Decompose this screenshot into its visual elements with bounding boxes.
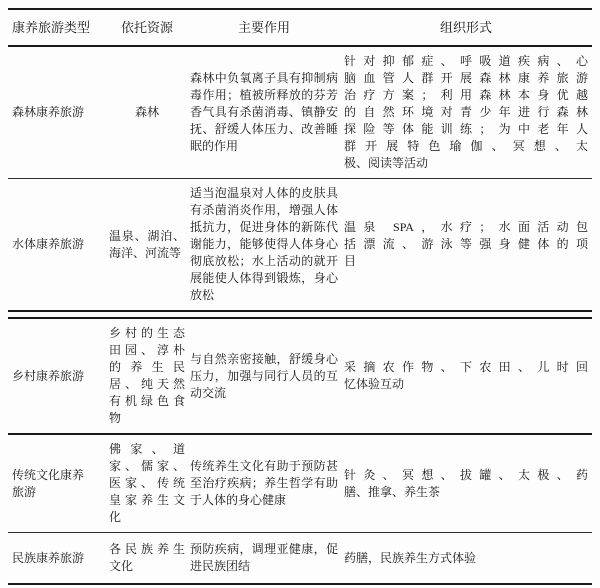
cell-type: 森林康养旅游 bbox=[8, 46, 106, 179]
cell-type: 水体康养旅游 bbox=[8, 179, 106, 312]
cell-effect: 适当泡温泉对人体的皮肤具有杀菌消炎作用，增强人体抵抗力，促进身体的新陈代谢能力，… bbox=[188, 179, 340, 312]
cell-resource: 温泉、湖泊、海洋、河流等 bbox=[106, 179, 188, 312]
row-ethnic-tourism: 民族康养旅游 各民族养生文化 预防疾病，调理亚健康，促进民族团结 药膳，民族养生… bbox=[8, 533, 592, 585]
cell-type: 民族康养旅游 bbox=[8, 533, 106, 585]
table-part-1: 康养旅游类型 依托资源 主要作用 组织形式 森林康养旅游 森林 森林中负氧离子具… bbox=[8, 8, 592, 312]
cell-resource: 各民族养生文化 bbox=[106, 533, 188, 585]
cell-effect: 与自然亲密接触，舒缓身心压力，加强与同行人员的互动交流 bbox=[188, 318, 340, 434]
cell-resource: 乡村的生态田园、淳朴的养生民居、纯天然有机绿色食物 bbox=[106, 318, 188, 434]
cell-type: 乡村康养旅游 bbox=[8, 318, 106, 434]
cell-type: 传统文化康养旅游 bbox=[8, 434, 106, 533]
wellness-tourism-table: 康养旅游类型 依托资源 主要作用 组织形式 森林康养旅游 森林 森林中负氧离子具… bbox=[8, 8, 592, 585]
header-cell-resource: 依托资源 bbox=[106, 9, 188, 46]
cell-resource: 森林 bbox=[106, 46, 188, 179]
cell-organization: 采摘农作物、下农田、儿时回忆体验互动 bbox=[340, 318, 592, 434]
row-rural-tourism: 乡村康养旅游 乡村的生态田园、淳朴的养生民居、纯天然有机绿色食物 与自然亲密接触… bbox=[8, 318, 592, 434]
table-part-2: 乡村康养旅游 乡村的生态田园、淳朴的养生民居、纯天然有机绿色食物 与自然亲密接触… bbox=[8, 317, 592, 585]
header-cell-organization: 组织形式 bbox=[340, 9, 592, 46]
row-traditional-culture-tourism: 传统文化康养旅游 佛家、道家、儒家、医家、传统皇家养生文化 传统养生文化有助于预… bbox=[8, 434, 592, 533]
document-page: 康养旅游类型 依托资源 主要作用 组织形式 森林康养旅游 森林 森林中负氧离子具… bbox=[0, 0, 600, 588]
header-cell-effect: 主要作用 bbox=[188, 9, 340, 46]
cell-effect: 森林中负氧离子具有抑制病毒作用；植被所释放的芬芳香气具有杀菌消毒、镇静安抚、舒缓… bbox=[188, 46, 340, 179]
header-row: 康养旅游类型 依托资源 主要作用 组织形式 bbox=[8, 9, 592, 46]
cell-effect: 预防疾病，调理亚健康，促进民族团结 bbox=[188, 533, 340, 585]
row-water-tourism: 水体康养旅游 温泉、湖泊、海洋、河流等 适当泡温泉对人体的皮肤具有杀菌消炎作用，… bbox=[8, 179, 592, 312]
cell-organization: 针对抑郁症、呼吸道疾病、心脑血管人群开展森林康养旅游治疗方案；利用森林本身优越的… bbox=[340, 46, 592, 179]
cell-resource: 佛家、道家、儒家、医家、传统皇家养生文化 bbox=[106, 434, 188, 533]
cell-organization: 针灸、冥想、拔罐、太极、药膳、推拿、养生茶 bbox=[340, 434, 592, 533]
cell-effect: 传统养生文化有助于预防甚至治疗疾病；养生哲学有助于人体的身心健康 bbox=[188, 434, 340, 533]
cell-organization: 温泉 SPA，水疗；水面活动包括漂流、游泳等强身健体的项目 bbox=[340, 179, 592, 312]
row-forest-tourism: 森林康养旅游 森林 森林中负氧离子具有抑制病毒作用；植被所释放的芬芳香气具有杀菌… bbox=[8, 46, 592, 179]
cell-organization: 药膳，民族养生方式体验 bbox=[340, 533, 592, 585]
header-cell-type: 康养旅游类型 bbox=[8, 9, 106, 46]
